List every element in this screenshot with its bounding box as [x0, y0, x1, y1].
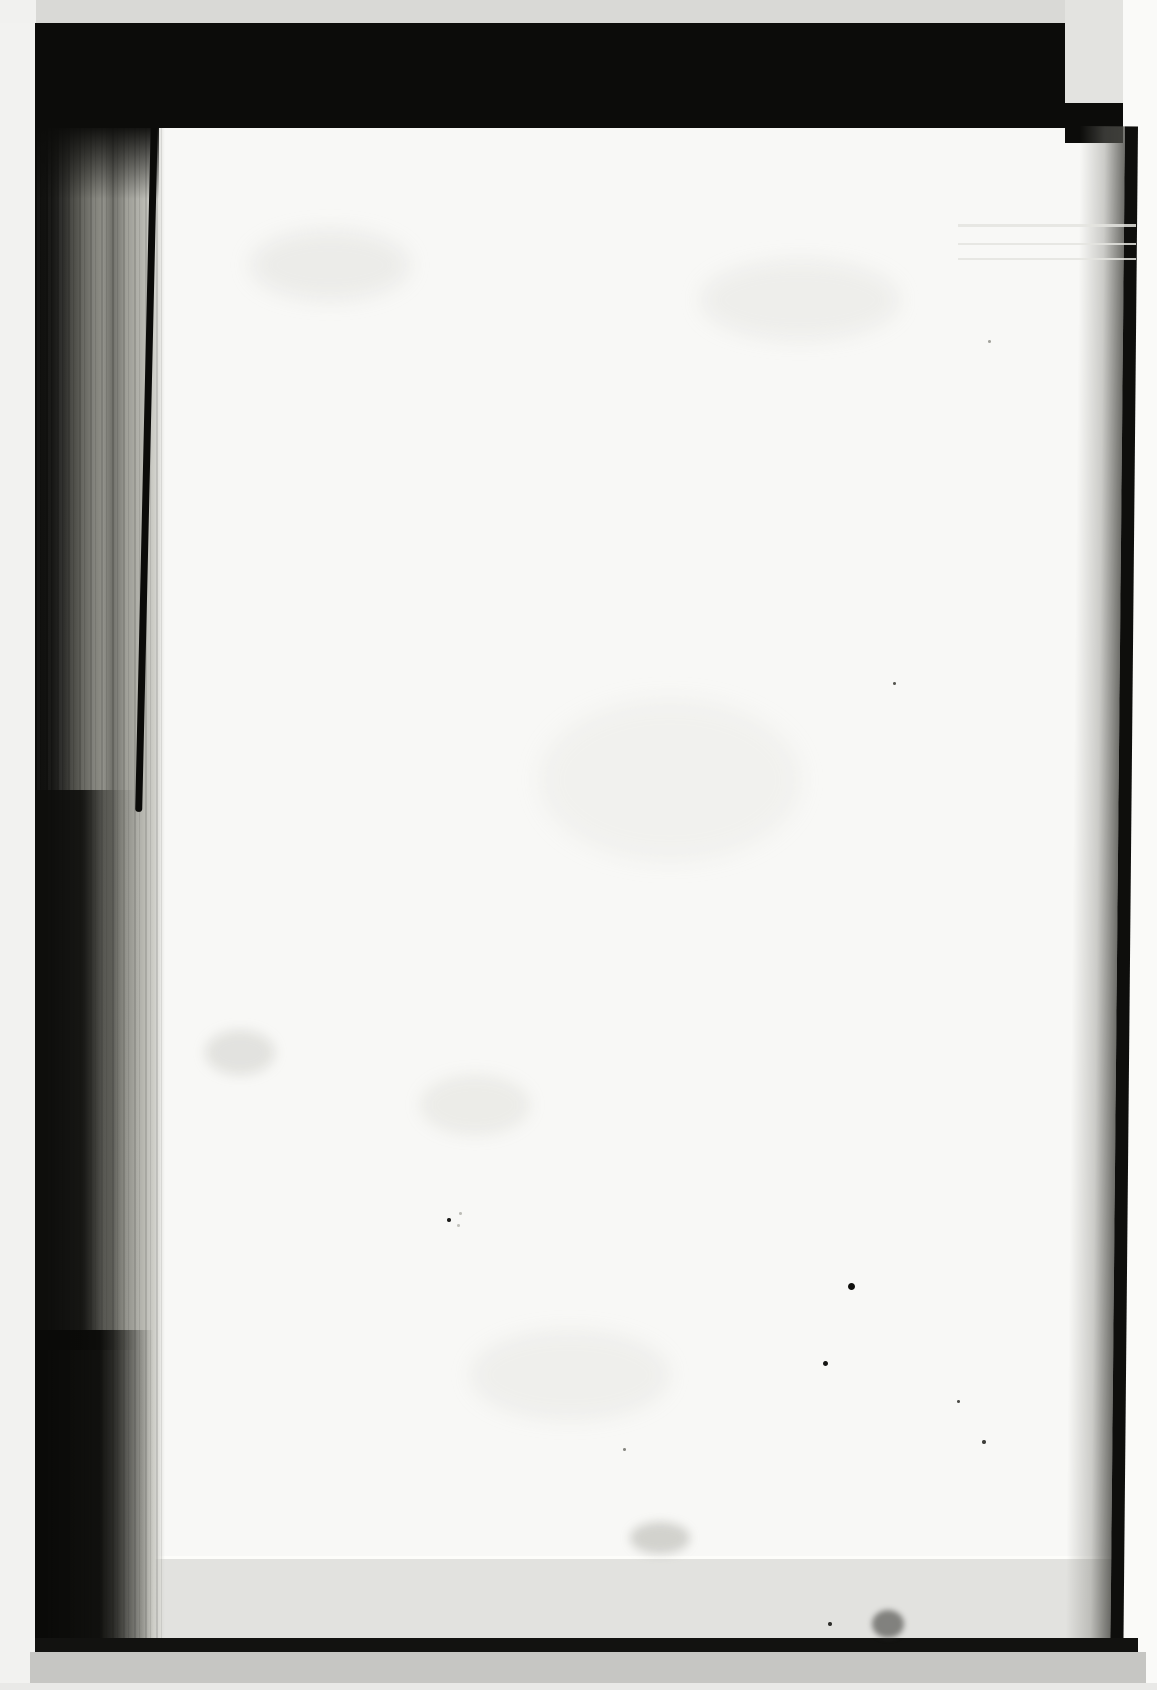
- dust-speck: [459, 1212, 462, 1215]
- scanner-bottom-strip: [30, 1652, 1146, 1683]
- gutter-mid-dark-patch: [35, 790, 140, 1350]
- scan-streak-line: [958, 258, 1136, 260]
- scanner-top-strip: [0, 0, 1157, 23]
- scanner-frame-bottom-bar: [35, 1638, 1138, 1653]
- scanner-top-strip-corner: [0, 0, 36, 23]
- dust-speck: [823, 1361, 828, 1366]
- dust-speck: [988, 340, 991, 343]
- dust-speck: [828, 1622, 832, 1626]
- scanned-page-image: [0, 0, 1157, 1690]
- page-bottom-shade-band: [148, 1559, 1138, 1638]
- page-crease-line: [148, 1556, 1138, 1559]
- scanner-frame-top-right-notch: [1065, 0, 1123, 103]
- gutter-bottom-dark-patch: [35, 1330, 153, 1640]
- dust-speck: [623, 1448, 626, 1451]
- scan-streak-line: [958, 243, 1136, 245]
- dust-speck: [457, 1224, 460, 1227]
- paper-smudge: [630, 1522, 690, 1554]
- dust-speck: [447, 1218, 451, 1222]
- scanner-frame-top-bar: [35, 23, 1065, 128]
- paper-smudge: [250, 230, 410, 300]
- paper-smudge: [872, 1610, 904, 1638]
- dust-speck: [957, 1400, 960, 1403]
- paper-smudge: [540, 700, 800, 860]
- gutter-top-dark-corner: [35, 124, 159, 199]
- paper-smudge: [700, 260, 900, 340]
- paper-smudge: [470, 1330, 670, 1420]
- paper-smudge: [205, 1030, 275, 1075]
- dust-speck: [848, 1283, 855, 1290]
- scan-streak-line: [958, 224, 1136, 227]
- dust-speck: [982, 1440, 986, 1444]
- scanner-bottom-strip-light: [0, 1683, 1157, 1690]
- paper-smudge: [420, 1075, 530, 1135]
- dust-speck: [893, 682, 896, 685]
